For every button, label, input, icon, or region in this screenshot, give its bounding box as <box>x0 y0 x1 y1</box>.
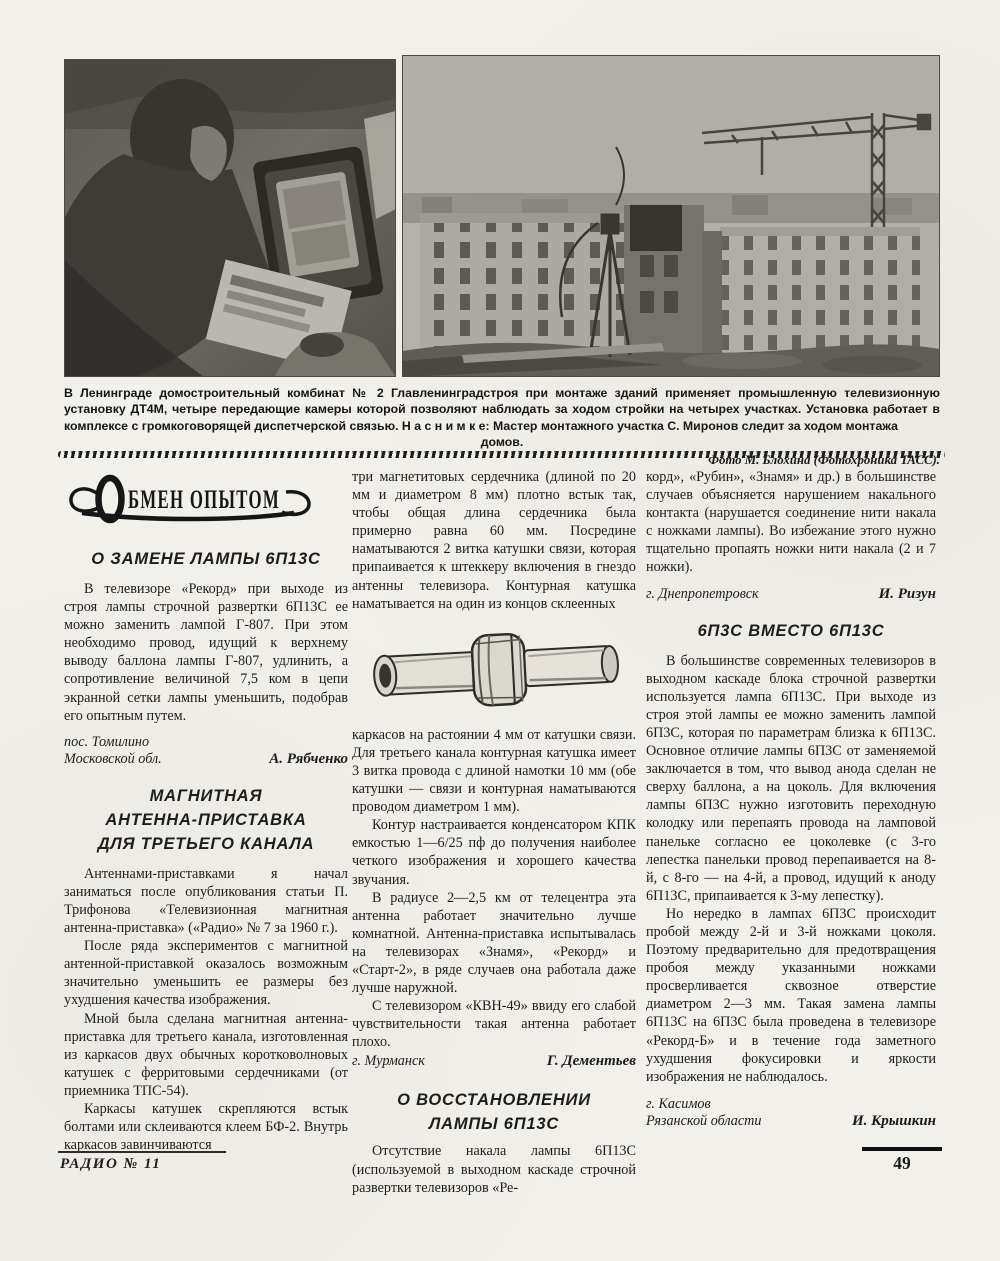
paragraph: Мной была сделана магнитная антенна-прис… <box>64 1010 348 1100</box>
signature-place: г. Касимов Рязанской области <box>646 1096 761 1130</box>
signature-rizun: г. Днепропетровск И. Ризун <box>646 586 936 603</box>
paragraph: каркасов на растоянии 4 мм от катушки св… <box>352 726 636 816</box>
signature-author: А. Рябченко <box>269 751 348 768</box>
article-magnit-title-line: ДЛЯ ТРЕТЬЕГО КАНАЛА <box>64 832 348 856</box>
signature-author: И. Крышкин <box>852 1113 936 1130</box>
paragraph: В телевизоре «Рекорд» при выходе из стро… <box>64 580 348 725</box>
signature-place: г. Днепропетровск <box>646 586 759 603</box>
signature-author: Г. Дементьев <box>547 1053 636 1070</box>
footer-rule-right <box>862 1147 942 1151</box>
column-left: БМЕН ОПЫТОМ О О ЗАМЕНЕ ЛАМПЫ 6П13С В тел… <box>64 470 348 1154</box>
journal-title: РАДИО № 11 <box>60 1156 161 1173</box>
signature-author: И. Ризун <box>879 586 936 603</box>
exchange-experience-logo: БМЕН ОПЫТОМ О <box>64 472 348 535</box>
photo-tv-operator-image <box>64 59 396 377</box>
paragraph: Но нередко в лампах 6П3С происходит проб… <box>646 905 936 1086</box>
article-6p3s-title: 6П3С ВМЕСТО 6П13С <box>646 619 936 643</box>
paragraph: В радиусе 2—2,5 км от телецентра эта ант… <box>352 889 636 998</box>
paragraph: Контур настраивается конденсатором КПК е… <box>352 816 636 888</box>
paragraph: Антеннами-приставками я начал заниматься… <box>64 865 348 937</box>
wavy-divider <box>58 451 945 458</box>
article-vosst-title-wrap: О ВОССТАНОВЛЕНИИ ЛАМПЫ 6П13С <box>352 1088 636 1136</box>
signature-kryshkin: г. Касимов Рязанской области И. Крышкин <box>646 1096 936 1130</box>
paragraph: В большинстве современных телевизоров в … <box>646 652 936 905</box>
signature-place: г. Мурманск <box>352 1053 425 1070</box>
paragraph: Каркасы катушек скрепляются встык болтам… <box>64 1100 348 1154</box>
footer-rule-left <box>58 1151 226 1153</box>
paragraph: корд», «Рубин», «Знамя» и др.) в большин… <box>646 468 936 577</box>
column-right: корд», «Рубин», «Знамя» и др.) в большин… <box>646 468 936 1134</box>
coil-illustration <box>352 621 636 722</box>
magazine-page: В Ленинграде домостроительный комбинат №… <box>0 0 1000 1261</box>
signature-ryabchenko: пос. Томилино Московской обл. А. Рябченк… <box>64 734 348 768</box>
paragraph: После ряда экспериментов с магнитной ант… <box>64 937 348 1009</box>
article-zamena-title-wrap: О ЗАМЕНЕ ЛАМПЫ 6П13С <box>64 547 348 571</box>
signature-dementiev: г. Мурманск Г. Дементьев <box>352 1053 636 1070</box>
logo-text: БМЕН ОПЫТОМ <box>128 485 280 514</box>
article-6p3s-title-wrap: 6П3С ВМЕСТО 6П13С <box>646 619 936 643</box>
photo-tv-operator <box>64 59 396 377</box>
article-vosst-title-line: О ВОССТАНОВЛЕНИИ <box>352 1088 636 1112</box>
article-magnit-title-line: АНТЕННА-ПРИСТАВКА <box>64 808 348 832</box>
article-magnit-title-line: МАГНИТНАЯ <box>64 784 348 808</box>
article-magnit-title-wrap: МАГНИТНАЯ АНТЕННА-ПРИСТАВКА ДЛЯ ТРЕТЬЕГО… <box>64 784 348 856</box>
column-middle: три магнетитовых сердечника (длиной по 2… <box>352 468 636 1197</box>
article-zamena-title: О ЗАМЕНЕ ЛАМПЫ 6П13С <box>64 547 348 571</box>
paragraph: три магнетитовых сердечника (длиной по 2… <box>352 468 636 613</box>
caption-text: В Ленинграде домостроительный комбинат №… <box>64 385 940 434</box>
page-number: 49 <box>862 1153 942 1174</box>
paragraph: Отсутствие накала лампы 6П13С (используе… <box>352 1142 636 1196</box>
article-vosst-title-line: ЛАМПЫ 6П13С <box>352 1112 636 1136</box>
photo-construction-site-image <box>402 55 940 377</box>
paragraph: С телевизором «КВН-49» ввиду его слабой … <box>352 997 636 1051</box>
photo-construction-site <box>402 55 940 377</box>
signature-place: пос. Томилино Московской обл. <box>64 734 162 768</box>
caption-last-line: домов. <box>64 434 940 450</box>
